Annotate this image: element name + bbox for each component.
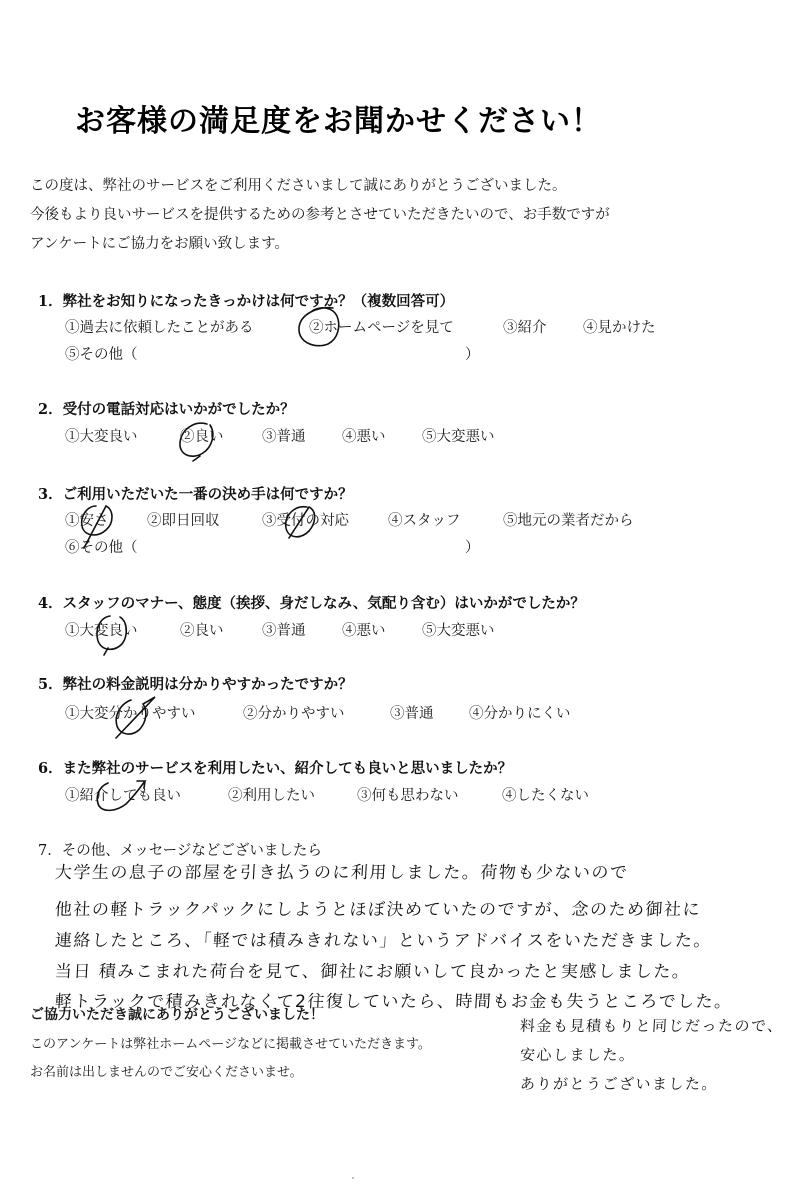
q6-option-3[interactable]: ③何も思わない: [357, 784, 459, 805]
q2-option-1[interactable]: ①大変良い: [65, 425, 138, 446]
closing-privacy-note: お名前は出しませんのでご安心くださいませ。: [30, 1061, 303, 1080]
q3-option-2[interactable]: ②即日回収: [147, 509, 220, 530]
question-1-label: 1．弊社をお知りになったきっかけは何ですか？（複数回答可）: [38, 290, 454, 311]
closing-thanks: ご協力いただき誠にありがとうございました！: [30, 1004, 324, 1024]
q6-option-1[interactable]: ①紹介しても良い: [65, 784, 181, 805]
question-6-label: 6．また弊社のサービスを利用したい、紹介しても良いと思いましたか？: [38, 757, 512, 778]
q4-option-5[interactable]: ⑤大変悪い: [422, 619, 495, 640]
q4-option-1[interactable]: ①大変良い: [65, 619, 138, 640]
q1-option-3[interactable]: ③紹介: [503, 316, 547, 337]
handwritten-line-6: 料金も見積もりと同じだったので、: [519, 1015, 784, 1036]
intro-line-3: アンケートにご協力をお願い致します。: [30, 234, 289, 254]
question-4-label: 4．スタッフのマナー、態度（挨拶、身だしなみ、気配り含む）はいかがでしたか？: [38, 592, 585, 613]
q4-option-2[interactable]: ②良い: [180, 619, 224, 640]
q2-option-3[interactable]: ③普通: [262, 425, 306, 446]
q1-option-2[interactable]: ②ホームページを見て: [309, 316, 454, 337]
q3-option-6-close: ）: [465, 536, 480, 557]
q1-option-4[interactable]: ④見かけた: [583, 316, 656, 337]
page-title: お客様の満足度をお聞かせください！: [75, 96, 602, 140]
q6-option-2[interactable]: ②利用したい: [228, 784, 315, 805]
intro-line-2: 今後もより良いサービスを提供するための参考とさせていただきたいので、お手数ですが: [30, 205, 610, 225]
scan-speck: [352, 1177, 354, 1179]
question-3-label: 3．ご利用いただいた一番の決め手は何ですか？: [38, 483, 353, 504]
handwritten-line-8: ありがとうございました。: [519, 1073, 718, 1094]
q3-option-4[interactable]: ④スタッフ: [388, 509, 461, 530]
q1-option-5[interactable]: ⑤その他（: [65, 343, 138, 364]
handwritten-line-7: 安心しました。: [519, 1044, 636, 1065]
q6-option-4[interactable]: ④したくない: [502, 784, 589, 805]
handwritten-line-3: 連絡したところ、「軽では積みきれない」というアドバイスをいただきました。: [54, 926, 712, 951]
q4-option-4[interactable]: ④悪い: [342, 619, 386, 640]
intro-line-1: この度は、弊社のサービスをご利用くださいまして誠にありがとうございました。: [30, 176, 567, 196]
q5-option-3[interactable]: ③普通: [390, 702, 434, 723]
q5-option-1[interactable]: ①大変分かりやすい: [65, 702, 196, 723]
handwritten-line-1: 大学生の息子の部屋を引き払うのに利用しました。荷物も少ないので: [54, 858, 629, 883]
handwritten-line-2: 他社の軽トラックパックにしようとほぼ決めていたのですが、念のため御社に: [54, 895, 701, 920]
q2-option-2[interactable]: ②良い: [180, 425, 224, 446]
q1-option-5-close: ）: [465, 343, 480, 364]
q5-option-2[interactable]: ②分かりやすい: [243, 702, 345, 723]
q3-option-6[interactable]: ⑥その他（: [65, 536, 138, 557]
question-2-label: 2．受付の電話対応はいかがでしたか？: [38, 398, 295, 419]
question-7-label: 7．その他、メッセージなどございましたら: [38, 839, 322, 860]
q3-option-1[interactable]: ①安さ: [65, 509, 109, 530]
closing-publish-note: このアンケートは弊社ホームページなどに掲載させていただきます。: [30, 1033, 431, 1052]
q3-option-3[interactable]: ③受付の対応: [262, 509, 349, 530]
q2-option-4[interactable]: ④悪い: [342, 425, 386, 446]
q1-option-1[interactable]: ①過去に依頼したことがある: [65, 316, 254, 337]
q4-option-3[interactable]: ③普通: [262, 619, 306, 640]
handwritten-line-4: 当日 積みこまれた荷台を見て、御社にお願いして良かったと実感しました。: [54, 957, 691, 982]
question-5-label: 5．弊社の料金説明は分かりやすかったですか？: [38, 673, 353, 694]
q3-option-5[interactable]: ⑤地元の業者だから: [503, 509, 634, 530]
q2-option-5[interactable]: ⑤大変悪い: [422, 425, 495, 446]
q5-option-4[interactable]: ④分かりにくい: [469, 702, 571, 723]
